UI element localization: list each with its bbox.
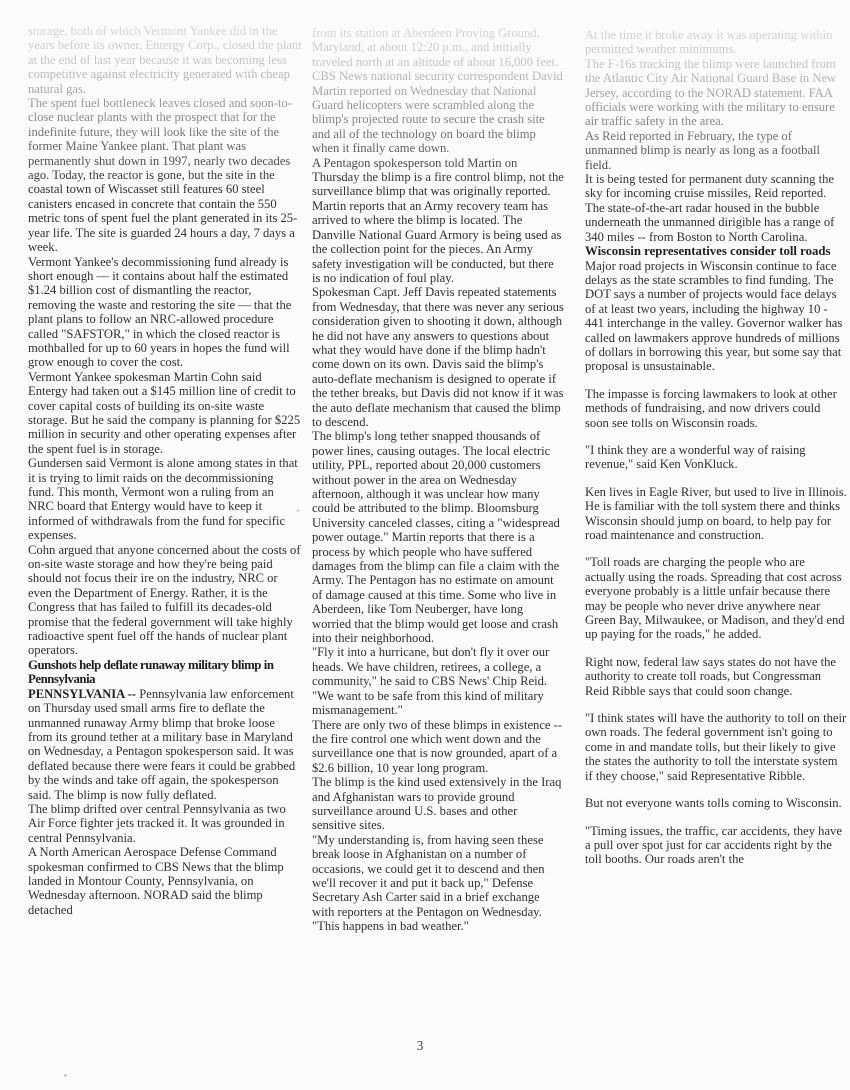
- article-paragraph: "Toll roads are charging the people who …: [585, 555, 847, 641]
- scan-speck: [739, 216, 743, 218]
- article-paragraph: The spent fuel bottleneck leaves closed …: [28, 96, 302, 254]
- scan-speck: [64, 1074, 67, 1077]
- article-paragraph: "Fly it into a hurricane, but don't fly …: [312, 645, 564, 717]
- article-paragraph: But not everyone wants tolls coming to W…: [585, 796, 847, 810]
- article-paragraph: A Pentagon spokesperson told Martin on T…: [312, 156, 564, 199]
- article-paragraph: "I think states will have the authority …: [585, 711, 847, 783]
- article-paragraph: It is being tested for permanent duty sc…: [585, 172, 847, 201]
- text-column-3: At the time it broke away it was operati…: [585, 28, 847, 867]
- article-paragraph: There are only two of these blimps in ex…: [312, 718, 564, 776]
- page-number: 3: [0, 1038, 840, 1054]
- article-paragraph: A North American Aerospace Defense Comma…: [28, 845, 302, 917]
- article-paragraph: Major road projects in Wisconsin continu…: [585, 259, 847, 374]
- article-paragraph: At the time it broke away it was operati…: [585, 28, 847, 57]
- article-paragraph: The impasse is forcing lawmakers to look…: [585, 387, 847, 430]
- article-paragraph: The state-of-the-art radar housed in the…: [585, 201, 847, 244]
- article-paragraph: "My understanding is, from having seen t…: [312, 833, 564, 934]
- article-paragraph: Spokesman Capt. Jeff Davis repeated stat…: [312, 285, 564, 429]
- scanned-document-page: storage, both of which Vermont Yankee di…: [0, 0, 850, 1090]
- article-paragraph: Vermont Yankee's decommissioning fund al…: [28, 255, 302, 370]
- article-paragraph: Cohn argued that anyone concerned about …: [28, 543, 302, 658]
- article-heading: Wisconsin representatives consider toll …: [585, 244, 847, 258]
- article-paragraph: Right now, federal law says states do no…: [585, 655, 847, 698]
- article-paragraph: CBS News national security correspondent…: [312, 69, 564, 155]
- article-paragraph: PENNSYLVANIA -- Pennsylvania law enforce…: [28, 687, 302, 802]
- text-column-1: storage, both of which Vermont Yankee di…: [28, 24, 302, 917]
- article-paragraph: "Timing issues, the traffic, car acciden…: [585, 824, 847, 867]
- text-column-2: from its station at Aberdeen Proving Gro…: [312, 26, 564, 934]
- article-paragraph: Gundersen said Vermont is alone among st…: [28, 456, 302, 542]
- article-paragraph: The blimp drifted over central Pennsylva…: [28, 802, 302, 845]
- article-heading: Gunshots help deflate runaway military b…: [28, 658, 302, 687]
- scan-speck: [296, 509, 300, 512]
- paragraph-lead: PENNSYLVANIA --: [28, 687, 136, 701]
- article-paragraph: from its station at Aberdeen Proving Gro…: [312, 26, 564, 69]
- article-paragraph: "I think they are a wonderful way of rai…: [585, 443, 847, 472]
- article-paragraph: As Reid reported in February, the type o…: [585, 129, 847, 172]
- article-paragraph: Vermont Yankee spokesman Martin Cohn sai…: [28, 370, 302, 456]
- article-paragraph: The blimp is the kind used extensively i…: [312, 775, 564, 833]
- article-paragraph: The F-16s tracking the blimp were launch…: [585, 57, 847, 129]
- article-paragraph: storage, both of which Vermont Yankee di…: [28, 24, 302, 96]
- article-paragraph: Ken lives in Eagle River, but used to li…: [585, 485, 847, 543]
- article-paragraph: The blimp's long tether snapped thousand…: [312, 429, 564, 645]
- article-paragraph: Martin reports that an Army recovery tea…: [312, 199, 564, 285]
